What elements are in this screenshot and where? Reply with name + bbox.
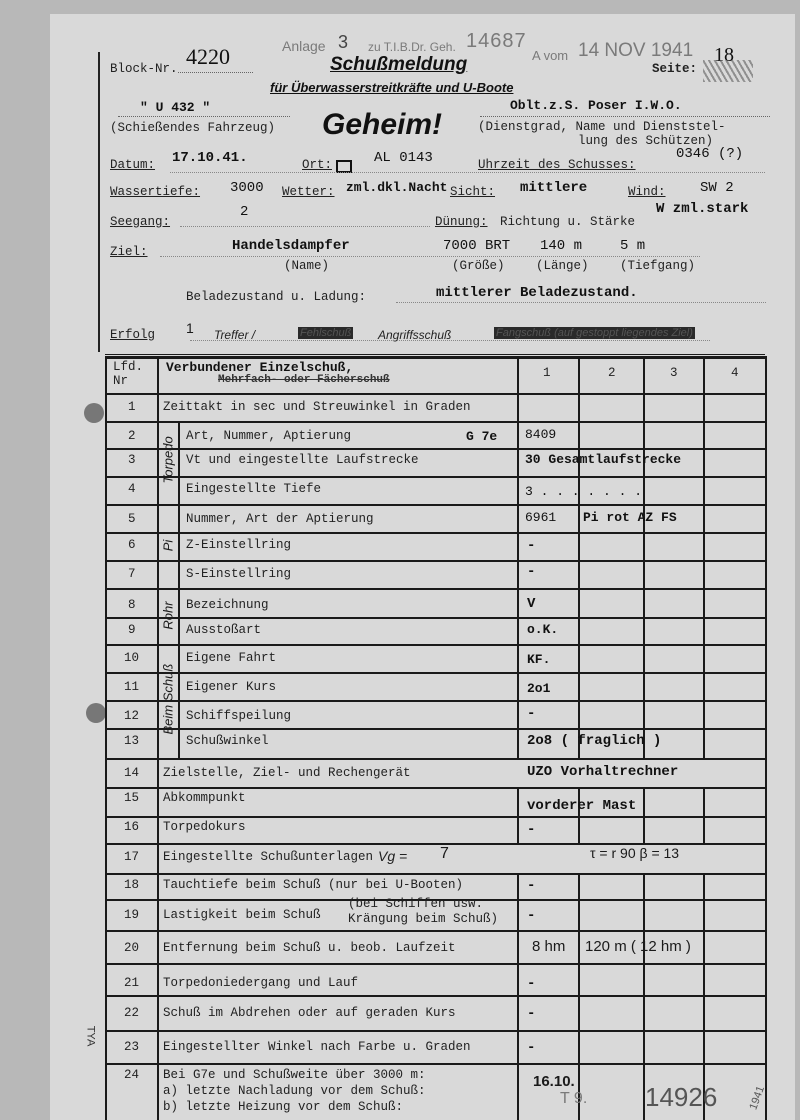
datum-value: 17.10.41.	[172, 150, 248, 166]
row-nr: 15	[124, 791, 139, 805]
row-nr: 7	[128, 567, 136, 581]
ziel-groesse: 7000 BRT	[443, 238, 510, 254]
row-label: Schußwinkel	[186, 734, 269, 748]
wassertiefe-label: Wassertiefe:	[110, 185, 200, 199]
row-rule	[105, 560, 765, 562]
fangschuss-struck: Fangschuß (auf gestoppt liegendes Ziel)	[494, 327, 695, 339]
row-label: Eingestellter Winkel nach Farbe u. Grade…	[163, 1040, 471, 1054]
header-col-4: 4	[731, 366, 739, 380]
header-nr: Lfd. Nr	[113, 360, 149, 388]
row-value-2: 120 m ( 12 hm )	[585, 938, 691, 955]
punch-hole	[86, 703, 106, 723]
row-value: -	[527, 538, 535, 554]
row-value: -	[527, 1040, 535, 1056]
row-nr: 24	[124, 1068, 139, 1082]
seegang-dots	[180, 226, 430, 227]
wind-label: Wind:	[628, 185, 666, 199]
row-nr: 14	[124, 766, 139, 780]
row-value: V	[527, 596, 535, 612]
person-label-1: (Dienstgrad, Name und Dienststel-	[478, 120, 726, 134]
vessel-label: (Schießendes Fahrzeug)	[110, 121, 275, 135]
row-value-2: Pi rot AZ FS	[583, 510, 677, 525]
row-rule	[105, 644, 765, 646]
wassertiefe-value: 3000	[230, 180, 264, 196]
row-note-1: (bei Schiffen usw.	[348, 898, 483, 911]
row-rule	[105, 787, 765, 789]
row-value: -	[527, 822, 535, 838]
row-nr: 17	[124, 850, 139, 864]
group-rohr-label: Rohr	[161, 598, 176, 634]
row-label: Eigener Kurs	[186, 680, 276, 694]
row-value: 8409	[525, 427, 556, 442]
row-nr: 6	[128, 538, 136, 552]
row-label: Eingestellte Tiefe	[186, 482, 321, 496]
group-torpedo-label: Torpedo	[161, 440, 176, 484]
row-rule	[105, 672, 765, 674]
row-label: Torpedoniedergang und Lauf	[163, 976, 358, 990]
row-label: Abkommpunkt	[163, 791, 246, 805]
sicht-label: Sicht:	[450, 185, 495, 199]
row-rule	[105, 1063, 765, 1065]
row-label: Eingestellte Schußunterlagen	[163, 850, 373, 864]
row-value: 16.10.	[533, 1073, 575, 1090]
row-nr: 19	[124, 908, 139, 922]
row-rule	[105, 995, 765, 997]
row-note-2: Krängung beim Schuß)	[348, 912, 498, 926]
header-col-2: 2	[608, 366, 616, 380]
row-label-1: Bei G7e und Schußweite über 3000 m:	[163, 1068, 426, 1082]
wetter-value: zml.dkl.Nacht	[346, 180, 447, 195]
row-rule	[105, 588, 765, 590]
row-nr: 8	[128, 598, 136, 612]
row-label: Vt und eingestellte Laufstrecke	[186, 453, 419, 467]
duenung-value: W zml.stark	[656, 201, 748, 217]
row-label: Zeittakt in sec und Streuwinkel in Grade…	[163, 400, 471, 414]
row-label: Z-Einstellring	[186, 538, 291, 552]
header-col-3: 3	[670, 366, 678, 380]
column-rule	[765, 356, 767, 1120]
row-rule	[105, 728, 765, 730]
classification-stamp: Geheim!	[322, 108, 442, 142]
row-rule	[105, 963, 765, 965]
row-rule	[105, 758, 765, 760]
ziel-name: Handelsdampfer	[232, 238, 350, 254]
header-desc-2-struck: Mehrfach- oder Fächerschuß	[218, 374, 390, 386]
row-value: 2o1	[527, 681, 550, 696]
block-value: 4220	[186, 44, 230, 70]
row-rule	[105, 421, 765, 423]
row-nr: 13	[124, 734, 139, 748]
row-rule	[105, 930, 765, 932]
row-value: 8 hm	[532, 938, 565, 955]
row-rule	[105, 448, 765, 450]
footer-stamp-prefix: T 9.	[560, 1090, 587, 1108]
margin-mark: TYA	[84, 1026, 96, 1047]
row-label: Torpedokurs	[163, 820, 246, 834]
form-title: Schußmeldung	[330, 54, 467, 76]
header-desc-1: Verbundener Einzelschuß,	[166, 360, 353, 375]
punch-hole	[84, 403, 104, 423]
erfolg-label: Erfolg	[110, 328, 155, 342]
erfolg-value: 1	[186, 320, 194, 336]
beladung-dots	[396, 302, 766, 303]
row-value: τ = r 90 β = 13	[590, 845, 679, 861]
wetter-label: Wetter:	[282, 185, 335, 199]
stamp-anlage: Anlage	[282, 38, 326, 54]
row-label: Bezeichnung	[186, 598, 269, 612]
group-pi-label: Pi	[161, 534, 176, 558]
datum-label: Datum:	[110, 158, 155, 172]
row-label: Art, Nummer, Aptierung	[186, 429, 351, 443]
row-rule	[105, 504, 765, 506]
column-rule	[703, 356, 705, 758]
row-value: UZO Vorhaltrechner	[527, 764, 678, 780]
ziel-tiefgang: 5 m	[620, 238, 645, 254]
column-rule	[517, 787, 519, 843]
row-nr: 9	[128, 623, 136, 637]
row-value: -	[527, 908, 535, 924]
row-rule	[105, 393, 765, 395]
group-beim-schuss-label: Beim Schuß	[161, 665, 176, 735]
row-nr: 10	[124, 651, 139, 665]
seegang-label: Seegang:	[110, 215, 170, 229]
row-vg-label: Vg =	[378, 848, 407, 864]
column-rule	[578, 356, 580, 758]
column-rule	[578, 873, 580, 1120]
ort-label: Ort:	[302, 158, 332, 172]
form-subtitle: für Überwasserstreitkräfte und U-Boote	[270, 80, 513, 95]
ziel-groesse-label: (Größe)	[452, 259, 505, 273]
ziel-name-label: (Name)	[284, 259, 329, 273]
row-label: Nummer, Art der Aptierung	[186, 512, 374, 526]
fehlschuss-struck: Fehlschuß	[298, 327, 353, 339]
seite-label: Seite:	[652, 62, 697, 76]
seegang-value: 2	[240, 204, 248, 220]
row-label: Entfernung beim Schuß u. beob. Laufzeit	[163, 941, 456, 955]
row-nr: 1	[128, 400, 136, 414]
row-label: Tauchtiefe beim Schuß (nur bei U-Booten)	[163, 878, 463, 892]
row-vg-value: 7	[440, 845, 449, 863]
block-label: Block-Nr.	[110, 62, 178, 76]
duenung-sub: Richtung u. Stärke	[500, 215, 635, 229]
row-nr: 20	[124, 941, 139, 955]
ziel-laenge: 140 m	[540, 238, 582, 254]
stamp-number: 14687	[466, 30, 527, 53]
row-nr: 4	[128, 482, 136, 496]
column-rule	[643, 356, 645, 758]
row-value: -	[527, 878, 535, 894]
row-nr: 23	[124, 1040, 139, 1054]
row-label: Zielstelle, Ziel- und Rechengerät	[163, 766, 411, 780]
row-label: Lastigkeit beim Schuß	[163, 908, 321, 922]
ziel-label: Ziel:	[110, 245, 148, 259]
row-rule	[105, 532, 765, 534]
column-rule	[578, 787, 580, 843]
person-dots	[480, 116, 770, 117]
person-value: Oblt.z.S. Poser I.W.O.	[510, 98, 682, 113]
footer-stamp: 14926	[645, 1082, 717, 1113]
row-label: Eigene Fahrt	[186, 651, 276, 665]
column-rule	[643, 787, 645, 843]
vessel-value: " U 432 "	[140, 100, 210, 115]
header-col-1: 1	[543, 366, 551, 380]
row-value: -	[527, 976, 535, 992]
row-label: Schiffspeilung	[186, 709, 291, 723]
row-nr: 21	[124, 976, 139, 990]
row-rule	[105, 1030, 765, 1032]
row-value: -	[527, 706, 535, 722]
row-rule	[105, 476, 765, 478]
sicht-value: mittlere	[520, 180, 587, 196]
duenung-label: Dünung:	[435, 215, 488, 229]
stamp-vom: A vom	[532, 48, 568, 63]
ziel-tiefgang-label: (Tiefgang)	[620, 259, 695, 273]
column-rule	[703, 787, 705, 843]
datum-dots	[170, 172, 765, 173]
vessel-dots	[118, 116, 290, 117]
row-value: 2o8 ( fraglich )	[527, 733, 661, 749]
block-dots	[178, 72, 253, 73]
row-nr: 22	[124, 1006, 139, 1020]
ort-value: AL 0143	[374, 150, 433, 166]
row-label-2: a) letzte Nachladung vor dem Schuß:	[163, 1084, 426, 1098]
ziel-laenge-label: (Länge)	[536, 259, 589, 273]
stamp-ref: zu T.I.B.Dr. Geh.	[368, 40, 456, 54]
beladung-value: mittlerer Beladezustand.	[436, 285, 638, 301]
row-nr: 5	[128, 512, 136, 526]
ziel-dots	[160, 256, 700, 257]
row-value: 6961	[525, 510, 556, 525]
row-value: 30 Gesamtlaufstrecke	[525, 452, 681, 467]
row-nr: 16	[124, 820, 139, 834]
row-nr: 2	[128, 429, 136, 443]
wind-value: SW 2	[700, 180, 734, 196]
row-nr: 11	[124, 680, 139, 694]
row-rule	[105, 816, 765, 818]
uhrzeit-label: Uhrzeit des Schusses:	[478, 158, 636, 172]
uhrzeit-value: 0346 (?)	[676, 146, 743, 162]
row-value: -	[527, 564, 535, 580]
row-rule	[105, 873, 765, 875]
row-nr: 12	[124, 709, 139, 723]
row-nr: 18	[124, 878, 139, 892]
signature-scribble	[703, 60, 753, 82]
row-value: 3 . . . . . . .	[525, 484, 642, 499]
stamp-date: 14 NOV 1941	[578, 40, 693, 62]
row-value: o.K.	[527, 622, 558, 637]
row-label: Ausstoßart	[186, 623, 261, 637]
row-label-3: b) letzte Heizung vor dem Schuß:	[163, 1100, 403, 1114]
column-rule	[517, 356, 519, 758]
row-rule	[105, 617, 765, 619]
row-label: S-Einstellring	[186, 567, 291, 581]
beladung-label: Beladezustand u. Ladung:	[186, 290, 366, 304]
stamp-anlage-num: 3	[338, 32, 348, 53]
row-value: KF.	[527, 652, 550, 667]
row-label: Schuß im Abdrehen oder auf geraden Kurs	[163, 1006, 456, 1020]
row-rule	[105, 700, 765, 702]
row-value: -	[527, 1006, 535, 1022]
column-rule	[517, 873, 519, 1120]
row-extra: G 7e	[466, 429, 497, 444]
column-rule	[105, 356, 107, 1120]
margin-line	[98, 52, 100, 352]
erfolg-dots	[190, 340, 710, 341]
row-nr: 3	[128, 453, 136, 467]
row-value: vorderer Mast	[527, 798, 636, 814]
row-rule	[105, 356, 765, 359]
